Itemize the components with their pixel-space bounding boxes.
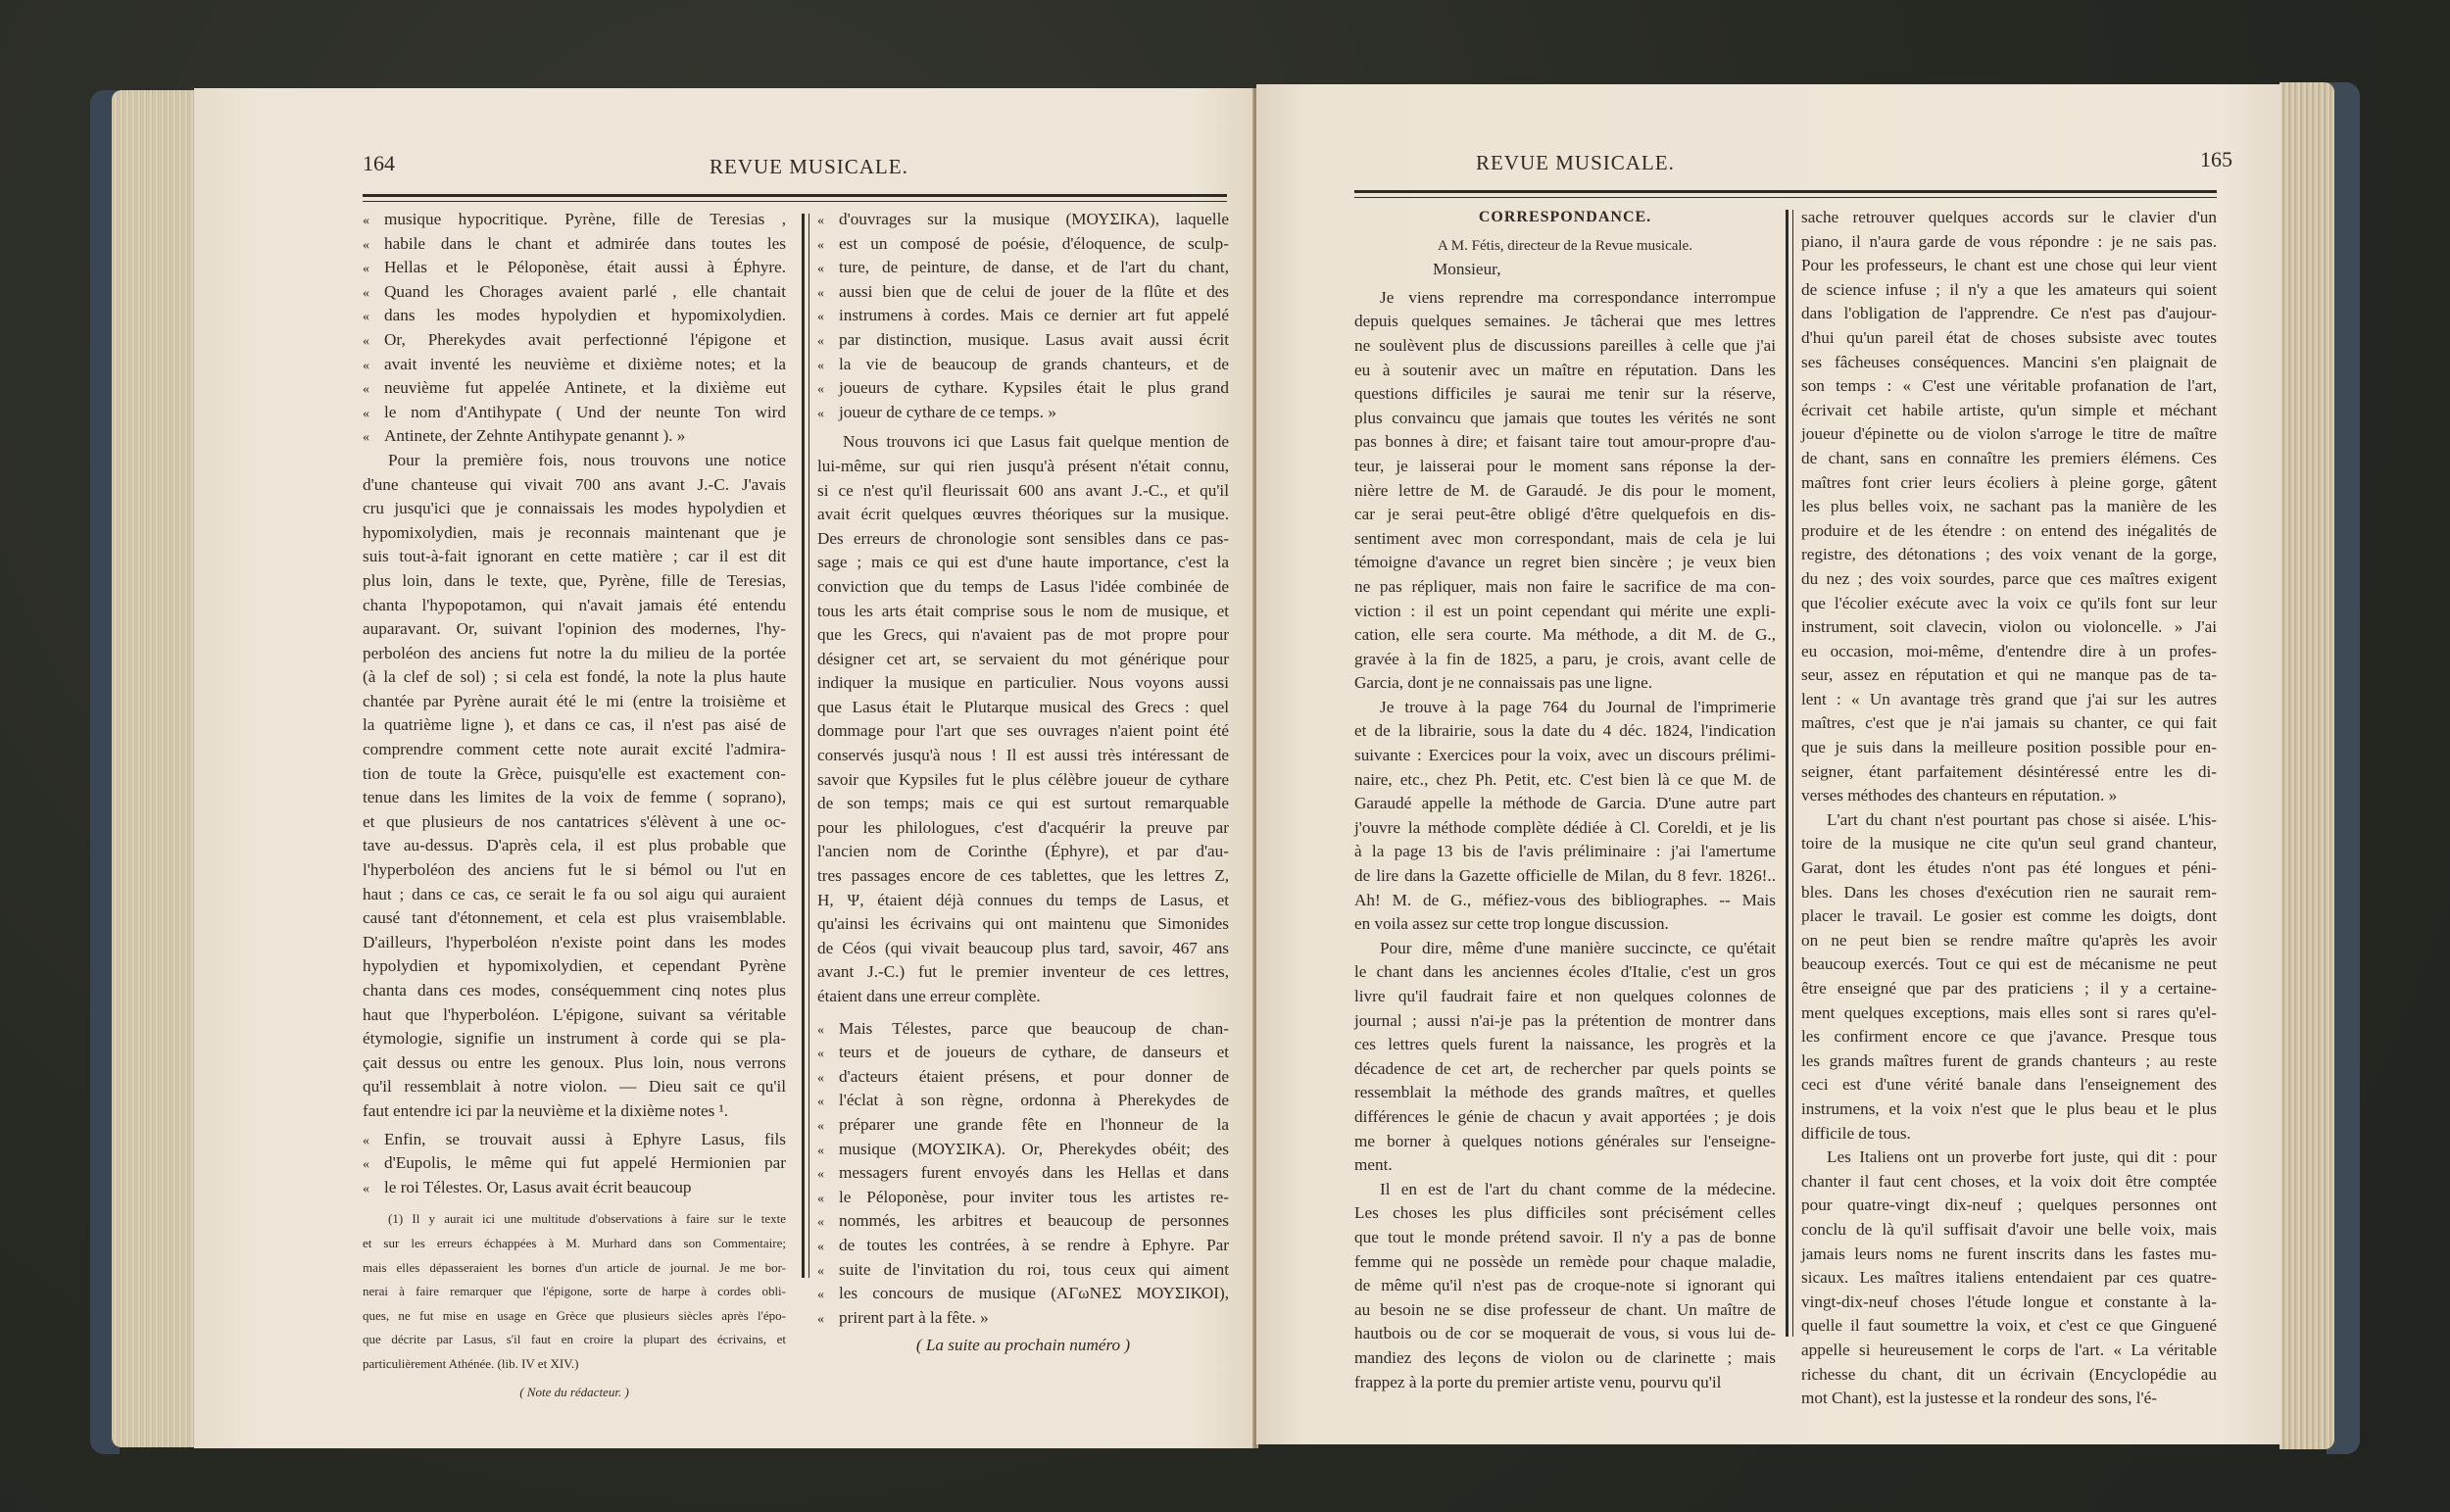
line-text: préparer une grande fête en l'honneur de… [839, 1115, 1229, 1134]
letter-address: A M. Fétis, directeur de la Revue musica… [1354, 234, 1776, 259]
paragraph-line: journal ; aussi n'ai-je pas la prétentio… [1354, 1009, 1776, 1034]
line-text: ment. [1354, 1155, 1393, 1174]
page-number: 165 [2200, 147, 2232, 172]
line-text: joueur de cythare de ce temps. » [839, 403, 1056, 421]
page-edges-left [112, 90, 200, 1447]
line-text: de lire dans la Gazette officielle de Mi… [1354, 866, 1776, 885]
line-text: suivante : Exercices pour la voix, avec … [1354, 746, 1776, 764]
paragraph-line: piano, il n'aura garde de vous répondre … [1801, 230, 2217, 255]
line-text: H, Ψ, étaient déjà connues du temps de L… [817, 891, 1229, 909]
line-text: Enfin, se trouvait aussi à Ephyre Lasus,… [384, 1130, 786, 1148]
line-text: çait dessus ou entre les genoux. Plus lo… [363, 1053, 786, 1072]
right-column-2: sache retrouver quelques accords sur le … [1801, 206, 2217, 1411]
paragraph-line: chanta l'hypopotamon, qui n'avait jamais… [363, 594, 786, 618]
line-text: lent : « Un avantage très grand que j'ai… [1801, 690, 2217, 708]
line-text: (1) Il y aurait ici une multitude d'obse… [388, 1211, 786, 1226]
quote-mark: « [363, 1178, 384, 1202]
paragraph-line: Garcia, dont je ne connaissais pas une l… [1354, 671, 1776, 696]
line-text: naire, etc., chez Ph. Petit, etc. C'est … [1354, 770, 1776, 789]
line-text: verses méthodes des chanteurs en réputat… [1801, 786, 2117, 805]
line-text: ne soulèvent plus de discussions pareill… [1354, 336, 1776, 355]
paragraph-line: avant J.-C.) fut le premier inventeur de… [817, 960, 1229, 985]
line-text: causé tant d'étonnement, et cela est plu… [363, 908, 786, 927]
line-text: plus loin, dans le texte, que, Pyrène, f… [363, 571, 786, 590]
line-text: toire de la musique ne cite qu'un seul g… [1801, 834, 2217, 853]
paragraph-line: mandiez des leçons de violon ou de clari… [1354, 1346, 1776, 1371]
quoted-line: «Hellas et le Péloponèse, était aussi à … [363, 256, 786, 280]
line-text: conviction que du temps de Lasus l'idée … [817, 577, 1229, 596]
line-text: chantée par Pyrène aurait été le mi (ent… [363, 692, 786, 710]
paragraph-line: Pour dire, même d'une manière succincte,… [1354, 937, 1776, 961]
quote-mark: « [817, 234, 839, 259]
paragraph-line: le chant dans les anciennes écoles d'Ita… [1354, 960, 1776, 985]
paragraph-line: joueur d'épinette ou de violon s'arroge … [1801, 422, 2217, 447]
line-text: avait inventé les neuvième et dixième no… [384, 355, 786, 373]
paragraph-line: causé tant d'étonnement, et cela est plu… [363, 906, 786, 931]
quoted-line: «le Péloponèse, pour inviter tous les ar… [817, 1186, 1229, 1210]
paragraph-line: ment. [1354, 1153, 1776, 1178]
line-text: ces lettres quels furent la naissance, l… [1354, 1035, 1776, 1053]
paragraph-line: de science infuse ; il n'y a que les ama… [1801, 278, 2217, 303]
paragraph-line: instrument, soit clavecin, violon ou vio… [1801, 615, 2217, 640]
line-text: et sur les erreurs échappées à M. Murhar… [363, 1236, 786, 1250]
line-text: d'Eupolis, le même qui fut appelé Hermio… [384, 1153, 786, 1172]
paragraph-line: sicaux. Les maîtres italiens entendaient… [1801, 1266, 2217, 1291]
quoted-line: «de toutes les contrées, à se rendre à E… [817, 1234, 1229, 1258]
line-text: gravée à la fin de 1825, a paru, je croi… [1354, 650, 1776, 668]
line-text: de même qu'il n'est pas de croque-note s… [1354, 1276, 1776, 1294]
paragraph-line: à la page 13 bis de l'avis préliminaire … [1354, 840, 1776, 864]
line-text: eu à soutenir avec un maître en réputati… [1354, 361, 1776, 379]
quoted-line: «le nom d'Antihypate ( Und der neunte To… [363, 401, 786, 425]
line-text: questions difficiles je saurai me tenir … [1354, 384, 1776, 403]
line-text: avant J.-C.) fut le premier inventeur de… [817, 962, 1229, 981]
quoted-line: «joueurs de cythare. Kypsiles était le p… [817, 376, 1229, 401]
line-text: instrumens, et la voix n'est que le plus… [1801, 1099, 2217, 1118]
quoted-line: «Or, Pherekydes avait perfectionné l'épi… [363, 328, 786, 353]
quote-mark: « [363, 306, 384, 330]
line-text: j'ouvre la méthode complète dédiée à Cl.… [1354, 818, 1776, 837]
line-text: sicaux. Les maîtres italiens entendaient… [1801, 1268, 2217, 1287]
line-text: joueurs de cythare. Kypsiles était le pl… [839, 378, 1229, 397]
paragraph-line: qu'il ressemblait à notre violon. — Dieu… [363, 1075, 786, 1099]
quote-mark: « [363, 258, 384, 282]
paragraph-line: ces lettres quels furent la naissance, l… [1354, 1033, 1776, 1057]
quoted-line: «le roi Télestes. Or, Lasus avait écrit … [363, 1176, 786, 1200]
line-text: cru jusqu'ici que je connaissais les mod… [363, 499, 786, 517]
line-text: de science infuse ; il n'y a que les ama… [1801, 280, 2217, 299]
quote-mark: « [817, 258, 839, 282]
quote-mark: « [817, 1019, 839, 1044]
line-text: hautbois ou de cor se moquerait de vous,… [1354, 1324, 1776, 1342]
line-text: cation, elle sera courte. Ma méthode, a … [1354, 625, 1776, 644]
quote-mark: « [817, 1067, 839, 1092]
paragraph-line: cru jusqu'ici que je connaissais les mod… [363, 497, 786, 521]
paragraph-line: vingt-dix-neuf choses l'étude longue et … [1801, 1291, 2217, 1315]
paragraph-line: et que plusieurs de nos cantatrices s'él… [363, 810, 786, 835]
line-text: Antinete, der Zehnte Antihypate genannt … [384, 426, 685, 445]
line-text: nière lettre de M. de Garaudé. Je dis po… [1354, 481, 1776, 500]
paragraph-line: d'hui qu'un pareil état de choses subsis… [1801, 326, 2217, 351]
paragraph-line: haut que l'hyperboléon. L'épigone, suiva… [363, 1003, 786, 1028]
line-text: que l'écolier exécute avec la voix ce qu… [1801, 594, 2217, 612]
quoted-line: «Quand les Chorages avaient parlé , elle… [363, 280, 786, 305]
quoted-line: «dans les modes hypolydien et hypomixoly… [363, 304, 786, 328]
line-text: tres passages encore de ces tablettes, q… [817, 866, 1229, 885]
quoted-line: «neuvième fut appelée Antinete, et la di… [363, 376, 786, 401]
line-text: d'une chanteuse qui vivait 700 ans avant… [363, 475, 786, 494]
paragraph-line: tave au-dessus. D'après cela, il est plu… [363, 834, 786, 858]
line-text: pour quatre-vingt dix-neuf ; quelques pe… [1801, 1195, 2217, 1214]
paragraph-line: de son temps; mais ce qui est surtout re… [817, 792, 1229, 816]
quote-mark: « [817, 1308, 839, 1333]
quote-mark: « [817, 1163, 839, 1188]
line-text: décadence de cet art, de rechercher par … [1354, 1059, 1776, 1078]
line-text: particulièrement Athénée. (lib. IV et XI… [363, 1356, 578, 1371]
paragraph-line: cation, elle sera courte. Ma méthode, a … [1354, 623, 1776, 648]
line-text: jamais leurs noms ne furent inscrits dan… [1801, 1244, 2217, 1263]
paragraph-line: richesse du chant, dit un écrivain (Ency… [1801, 1363, 2217, 1388]
paragraph-line: que je suis dans la meilleure position p… [1801, 736, 2217, 760]
paragraph-line: du nez ; des voix sourdes, parce que ces… [1801, 567, 2217, 592]
line-text: d'hui qu'un pareil état de choses subsis… [1801, 328, 2217, 347]
header-rule [1354, 190, 2217, 198]
quote-mark: « [363, 330, 384, 355]
paragraph-line: désigner cet art, se servaient du mot gé… [817, 648, 1229, 672]
paragraph-line: sentiment avec mon correspondant, mais d… [1354, 527, 1776, 552]
line-text: Des erreurs de chronologie sont sensible… [817, 529, 1229, 548]
line-text: car je serai peut-être obligé d'être que… [1354, 505, 1776, 523]
line-text: neuvième fut appelée Antinete, et la dix… [384, 378, 786, 397]
line-text: le roi Télestes. Or, Lasus avait écrit b… [384, 1178, 692, 1196]
line-text: que les Grecs, qui n'avaient pas de mot … [817, 625, 1229, 644]
quoted-line: «prirent part à la fête. » [817, 1306, 1229, 1331]
paragraph-line: femme qui ne possède un remède pour chaq… [1354, 1250, 1776, 1275]
paragraph-line: étymologie, signifie un instrument à cor… [363, 1027, 786, 1051]
paragraph-line: chantée par Pyrène aurait été le mi (ent… [363, 690, 786, 714]
paragraph-line: les grands maîtres furent de grands chan… [1801, 1049, 2217, 1074]
quoted-line: «d'acteurs étaient présens, et pour donn… [817, 1065, 1229, 1090]
line-text: Ah! M. de G., méfiez-vous des bibliograp… [1354, 891, 1776, 909]
paragraph-line: naire, etc., chez Ph. Petit, etc. C'est … [1354, 768, 1776, 793]
line-text: D'ailleurs, l'hyperboléon n'existe point… [363, 933, 786, 951]
line-text: de Céos (qui vivait beaucoup plus tard, … [817, 939, 1229, 957]
page-edges-right [2279, 82, 2334, 1449]
quoted-line: «teurs et de joueurs de cythare, de dans… [817, 1041, 1229, 1065]
quote-mark: « [363, 282, 384, 307]
line-text: écrivait cet habile artiste, qu'un simpl… [1801, 401, 2217, 419]
paragraph-line: L'art du chant n'est pourtant pas chose … [1801, 808, 2217, 833]
quote-mark: « [817, 1211, 839, 1236]
paragraph-line: que tout le monde prétend savoir. Il n'y… [1354, 1226, 1776, 1250]
line-text: joueur d'épinette ou de violon s'arroge … [1801, 424, 2217, 443]
line-text: chanter il faut cent choses, et la voix … [1801, 1172, 2217, 1191]
paragraph-line: pas bonnes à dire; et faisant taire tout… [1354, 430, 1776, 455]
paragraph-line: si ce n'est qu'il fleurissait 600 ans av… [817, 479, 1229, 504]
quote-mark: « [817, 378, 839, 403]
paragraph-line: lui-même, sur qui rien jusqu'à présent n… [817, 455, 1229, 479]
line-text: et que plusieurs de nos cantatrices s'él… [363, 812, 786, 831]
paragraph-line: mot Chant), est la justesse et la rondeu… [1801, 1387, 2217, 1411]
line-text: teur, je laisserai pour le moment sans r… [1354, 457, 1776, 475]
paragraph-line: seur, assez en réputation et qui ne manq… [1801, 663, 2217, 688]
paragraph-line: car je serai peut-être obligé d'être que… [1354, 503, 1776, 527]
quoted-line: «d'ouvrages sur la musique (ΜΟΥΣΙΚΑ), la… [817, 208, 1229, 232]
paragraph-line: Je viens reprendre ma correspondance int… [1354, 286, 1776, 311]
line-text: produire et de les étendre : on entend d… [1801, 521, 2217, 540]
line-text: nommés, les arbitres et beaucoup de pers… [839, 1211, 1229, 1230]
paragraph-line: maîtres font crier leurs écoliers à plei… [1801, 471, 2217, 496]
paragraph-line: de lire dans la Gazette officielle de Mi… [1354, 864, 1776, 889]
line-text: tion de toute la Grèce, puisqu'elle est … [363, 764, 786, 783]
quote-mark: « [817, 1091, 839, 1115]
paragraph-line: Pour la première fois, nous trouvons une… [363, 449, 786, 473]
line-text: sage ; mais ce qui est d'une haute impor… [817, 553, 1229, 571]
quote-mark: « [817, 1284, 839, 1308]
paragraph-line: les plus belles voix, ne sachant pas la … [1801, 495, 2217, 519]
left-column-2: «d'ouvrages sur la musique (ΜΟΥΣΙΚΑ), la… [817, 208, 1229, 1358]
quoted-line: «aussi bien que de celui de jouer de la … [817, 280, 1229, 305]
paragraph-line: viction : il est un point cependant qui … [1354, 600, 1776, 624]
quote-mark: « [817, 355, 839, 379]
line-text: mandiez des leçons de violon ou de clari… [1354, 1348, 1776, 1367]
line-text: la vie de beaucoup de grands chanteurs, … [839, 355, 1229, 373]
line-text: journal ; aussi n'ai-je pas la prétentio… [1354, 1011, 1776, 1030]
footnote-line: ques, ne fut mise en usage en Grèce que … [363, 1306, 786, 1331]
line-text: beaucoup exercés. Tout ce qui est de méc… [1801, 954, 2217, 973]
paragraph-line: savoir que Kypsiles fut le plus célèbre … [817, 768, 1229, 793]
line-text: maîtres, c'est que je n'ai jamais su cha… [1801, 713, 2217, 732]
paragraph-line: et de la librairie, sous la date du 4 dé… [1354, 719, 1776, 744]
quote-mark: « [363, 426, 384, 451]
paragraph-line: hautbois ou de cor se moquerait de vous,… [1354, 1322, 1776, 1346]
line-text: vingt-dix-neuf choses l'étude longue et … [1801, 1293, 2217, 1311]
quote-mark: « [817, 1188, 839, 1212]
quoted-line: «la vie de beaucoup de grands chanteurs,… [817, 353, 1229, 377]
paragraph-line: eu occasion, moi-même, d'entendre dire à… [1801, 640, 2217, 664]
line-text: ses fâcheuses conséquences. Mancini s'en… [1801, 353, 2217, 371]
paragraph-line: comprendre comment cette note aurait exc… [363, 738, 786, 762]
line-text: Il en est de l'art du chant comme de la … [1380, 1180, 1776, 1198]
right-page: REVUE MUSICALE. 165 CORRESPONDANCE.A M. … [1256, 84, 2281, 1444]
paragraph-line: gravée à la fin de 1825, a paru, je croi… [1354, 648, 1776, 672]
quoted-line: «instrumens à cordes. Mais ce dernier ar… [817, 304, 1229, 328]
line-text: Les Italiens ont un proverbe fort juste,… [1827, 1147, 2217, 1166]
paragraph-line: tenue dans les limites de la voix de fem… [363, 786, 786, 810]
line-text: d'ouvrages sur la musique (ΜΟΥΣΙΚΑ), laq… [839, 210, 1229, 228]
line-text: la quatrième ligne ), et dans ce cas, il… [363, 715, 786, 734]
left-page: 164 REVUE MUSICALE. «musique hypocritiqu… [194, 88, 1254, 1448]
line-text: en voila assez sur cette trop longue dis… [1354, 914, 1669, 933]
paragraph-line: pour les philologues, c'est d'acquérir l… [817, 816, 1229, 841]
line-text: et de la librairie, sous la date du 4 dé… [1354, 721, 1776, 740]
footnote-line: et sur les erreurs échappées à M. Murhar… [363, 1234, 786, 1258]
line-text: registre, des détonations ; des voix ven… [1801, 545, 2217, 563]
quote-mark: « [817, 330, 839, 355]
line-text: (à la clef de sol) ; si cela est fondé, … [363, 667, 786, 686]
paragraph-line: que les Grecs, qui n'avaient pas de mot … [817, 623, 1229, 648]
line-text: indiquer la musique en particulier. Nous… [817, 673, 1229, 692]
paragraph-line: étaient dans une erreur complète. [817, 985, 1229, 1009]
paragraph-line: sage ; mais ce qui est d'une haute impor… [817, 551, 1229, 575]
line-text: Pour les professeurs, le chant est une c… [1801, 256, 2217, 274]
quote-mark: « [363, 210, 384, 234]
line-text: avait écrit quelques œuvres théoriques s… [817, 505, 1229, 523]
line-text: de son temps; mais ce qui est surtout re… [817, 794, 1229, 812]
quoted-line: «avait inventé les neuvième et dixième n… [363, 353, 786, 377]
quoted-line: «messagers furent envoyés dans les Hella… [817, 1161, 1229, 1186]
quote-mark: « [817, 1115, 839, 1140]
paragraph-line: de Céos (qui vivait beaucoup plus tard, … [817, 937, 1229, 961]
quoted-line: «l'éclat à son règne, ordonna à Pherekyd… [817, 1089, 1229, 1113]
quote-mark: « [817, 1043, 839, 1067]
paragraph-line: depuis quelques semaines. Je tâcherai qu… [1354, 310, 1776, 334]
quote-mark: « [363, 355, 384, 379]
paragraph-line: D'ailleurs, l'hyperboléon n'existe point… [363, 931, 786, 955]
quote-mark: « [363, 378, 384, 403]
paragraph-line: d'une chanteuse qui vivait 700 ans avant… [363, 473, 786, 498]
paragraph-line: placer le travail. Le gosier est comme l… [1801, 904, 2217, 929]
line-text: Garcia, dont je ne connaissais pas une l… [1354, 673, 1652, 692]
line-text: piano, il n'aura garde de vous répondre … [1801, 232, 2217, 251]
quoted-line: «nommés, les arbitres et beaucoup de per… [817, 1209, 1229, 1234]
line-text: que Lasus était le Plutarque musical des… [817, 698, 1229, 716]
line-text: chanta l'hypopotamon, qui n'avait jamais… [363, 596, 786, 614]
line-text: du nez ; des voix sourdes, parce que ces… [1801, 569, 2217, 588]
page-number: 164 [363, 151, 395, 176]
line-text: dommage pour l'art que ses ouvrages n'ai… [817, 721, 1229, 740]
line-text: musique (ΜΟΥΣΙΚΑ). Or, Pherekydes obéit;… [839, 1140, 1229, 1158]
quote-mark: « [363, 1153, 384, 1178]
paragraph-line: conservés jusqu'à nous ! Il est aussi tr… [817, 744, 1229, 768]
footnote-signature: ( Note du rédacteur. ) [363, 1383, 786, 1402]
line-text: mais elles dépasseraient les bornes d'un… [363, 1260, 786, 1275]
continuation-note: ( La suite au prochain numéro ) [817, 1334, 1229, 1358]
quote-mark: « [817, 403, 839, 427]
line-text: tave au-dessus. D'après cela, il est plu… [363, 836, 786, 854]
line-text: les concours de musique (ΑΓωΝΕΣ ΜΟΥΣΙΚΟΙ… [839, 1284, 1229, 1302]
line-text: Pour dire, même d'une manière succincte,… [1380, 939, 1776, 957]
paragraph-line: (à la clef de sol) ; si cela est fondé, … [363, 665, 786, 690]
paragraph-line: produire et de les étendre : on entend d… [1801, 519, 2217, 544]
paragraph-line: questions difficiles je saurai me tenir … [1354, 382, 1776, 407]
quoted-line: «par distinction, musique. Lasus avait a… [817, 328, 1229, 353]
line-text: l'ancien nom de Corinthe (Éphyre), et pa… [817, 842, 1229, 860]
footnote-line: nerai à faire remarquer que l'épigone, s… [363, 1282, 786, 1306]
line-text: perboléon des anciens fut notre la du mi… [363, 644, 786, 662]
line-text: désigner cet art, se servaient du mot gé… [817, 650, 1229, 668]
paragraph-line: eu à soutenir avec un maître en réputati… [1354, 359, 1776, 383]
spacer [817, 1009, 1229, 1017]
line-text: ne pas répliquer, mais non faire le sacr… [1354, 577, 1776, 596]
column-divider [1786, 210, 1793, 1337]
line-text: richesse du chant, dit un écrivain (Ency… [1801, 1365, 2217, 1384]
line-text: hypolydien et hypomixolydien, et cependa… [363, 956, 786, 975]
line-text: quelle il faut soumettre la voix, et c'e… [1801, 1316, 2217, 1335]
line-text: pas bonnes à dire; et faisant taire tout… [1354, 432, 1776, 451]
line-text: sentiment avec mon correspondant, mais d… [1354, 529, 1776, 548]
paragraph-line: tion de toute la Grèce, puisqu'elle est … [363, 762, 786, 787]
paragraph-line: toire de la musique ne cite qu'un seul g… [1801, 832, 2217, 856]
line-text: être enseigné que par des praticiens ; i… [1801, 979, 2217, 998]
paragraph-line: ne pas répliquer, mais non faire le sacr… [1354, 575, 1776, 600]
paragraph-line: en voila assez sur cette trop longue dis… [1354, 912, 1776, 937]
line-text: l'hyperboléon des anciens fut le si bémo… [363, 860, 786, 879]
quoted-line: «musique hypocritique. Pyrène, fille de … [363, 208, 786, 232]
paragraph-line: haut ; dans ce cas, ce serait le fa ou s… [363, 883, 786, 907]
quote-mark: « [817, 282, 839, 307]
quoted-line: «est un composé de poésie, d'éloquence, … [817, 232, 1229, 257]
line-text: ment quelques exceptions, mais elles son… [1801, 1003, 2217, 1022]
section-title: CORRESPONDANCE. [1354, 206, 1776, 230]
line-text: dans l'obligation de l'apprendre. Ce n'e… [1801, 304, 2217, 322]
quoted-line: «habile dans le chant et admirée dans to… [363, 232, 786, 257]
running-head: REVUE MUSICALE. [1476, 151, 1675, 175]
quoted-line: «Antinete, der Zehnte Antihypate genannt… [363, 424, 786, 449]
line-text: que tout le monde prétend savoir. Il n'y… [1354, 1228, 1776, 1246]
open-book: 164 REVUE MUSICALE. «musique hypocritiqu… [90, 82, 2360, 1454]
paragraph-line: j'ouvre la méthode complète dédiée à Cl.… [1354, 816, 1776, 841]
quoted-line: «suite de l'invitation du roi, tous ceux… [817, 1258, 1229, 1283]
line-text: Pour la première fois, nous trouvons une… [388, 451, 786, 469]
paragraph-line: indiquer la musique en particulier. Nous… [817, 671, 1229, 696]
line-text: qu'ainsi les écrivains qui ont maintenu … [817, 914, 1229, 933]
line-text: Quand les Chorages avaient parlé , elle … [384, 282, 786, 301]
line-text: tenue dans les limites de la voix de fem… [363, 788, 786, 806]
line-text: musique hypocritique. Pyrène, fille de T… [384, 210, 786, 228]
paragraph-line: les confirment encore ce que j'avance. P… [1801, 1025, 2217, 1049]
paragraph-line: teur, je laisserai pour le moment sans r… [1354, 455, 1776, 479]
line-text: Mais Télestes, parce que beaucoup de cha… [839, 1019, 1229, 1038]
paragraph-line: maîtres, c'est que je n'ai jamais su cha… [1801, 711, 2217, 736]
line-text: de chant, sans en connaître les premiers… [1801, 449, 2217, 467]
paragraph-line: que Lasus était le Plutarque musical des… [817, 696, 1229, 720]
line-text: plus convaincu que jamais que toutes les… [1354, 409, 1776, 427]
paragraph-line: différences le génie de chacun y avait a… [1354, 1105, 1776, 1130]
line-text: femme qui ne possède un remède pour chaq… [1354, 1252, 1776, 1271]
line-text: ceci est d'une vérité banale dans l'ense… [1801, 1075, 2217, 1094]
line-text: seigner, étant parfaitement désintéressé… [1801, 762, 2217, 781]
line-text: chanta dans ces modes, conséquemment cin… [363, 981, 786, 1000]
paragraph-line: on ne peut bien se rendre maître qu'aprè… [1801, 929, 2217, 953]
line-text: faut entendre ici par la neuvième et la … [363, 1101, 728, 1120]
quote-mark: « [363, 234, 384, 259]
paragraph-line: verses méthodes des chanteurs en réputat… [1801, 784, 2217, 808]
quote-mark: « [817, 210, 839, 234]
line-text: nerai à faire remarquer que l'épigone, s… [363, 1284, 786, 1298]
paragraph-line: Nous trouvons ici que Lasus fait quelque… [817, 430, 1229, 455]
line-text: instrument, soit clavecin, violon ou vio… [1801, 617, 2217, 636]
line-text: différences le génie de chacun y avait a… [1354, 1107, 1776, 1126]
spacer [363, 1199, 786, 1209]
line-text: témoigne d'avance un regret bien sincère… [1354, 553, 1776, 571]
quote-mark: « [817, 1260, 839, 1285]
paragraph-line: registre, des détonations ; des voix ven… [1801, 543, 2217, 567]
line-text: teurs et de joueurs de cythare, de danse… [839, 1043, 1229, 1061]
paragraph-line: ses fâcheuses conséquences. Mancini s'en… [1801, 351, 2217, 375]
line-text: frappez à la porte du premier artiste ve… [1354, 1373, 1721, 1391]
paragraph-line: être enseigné que par des praticiens ; i… [1801, 977, 2217, 1001]
line-text: ture, de peinture, de danse, et de l'art… [839, 258, 1229, 276]
header-rule [363, 194, 1227, 202]
paragraph-line: faut entendre ici par la neuvième et la … [363, 1099, 786, 1124]
paragraph-line: Les Italiens ont un proverbe fort juste,… [1801, 1146, 2217, 1170]
line-text: ressemblait la méthode des grands maître… [1354, 1083, 1776, 1101]
paragraph-line: suivante : Exercices pour la voix, avec … [1354, 744, 1776, 768]
line-text: qu'il ressemblait à notre violon. — Dieu… [363, 1077, 786, 1096]
paragraph-line: Des erreurs de chronologie sont sensible… [817, 527, 1229, 552]
line-text: Les choses les plus difficiles sont préc… [1354, 1203, 1776, 1222]
